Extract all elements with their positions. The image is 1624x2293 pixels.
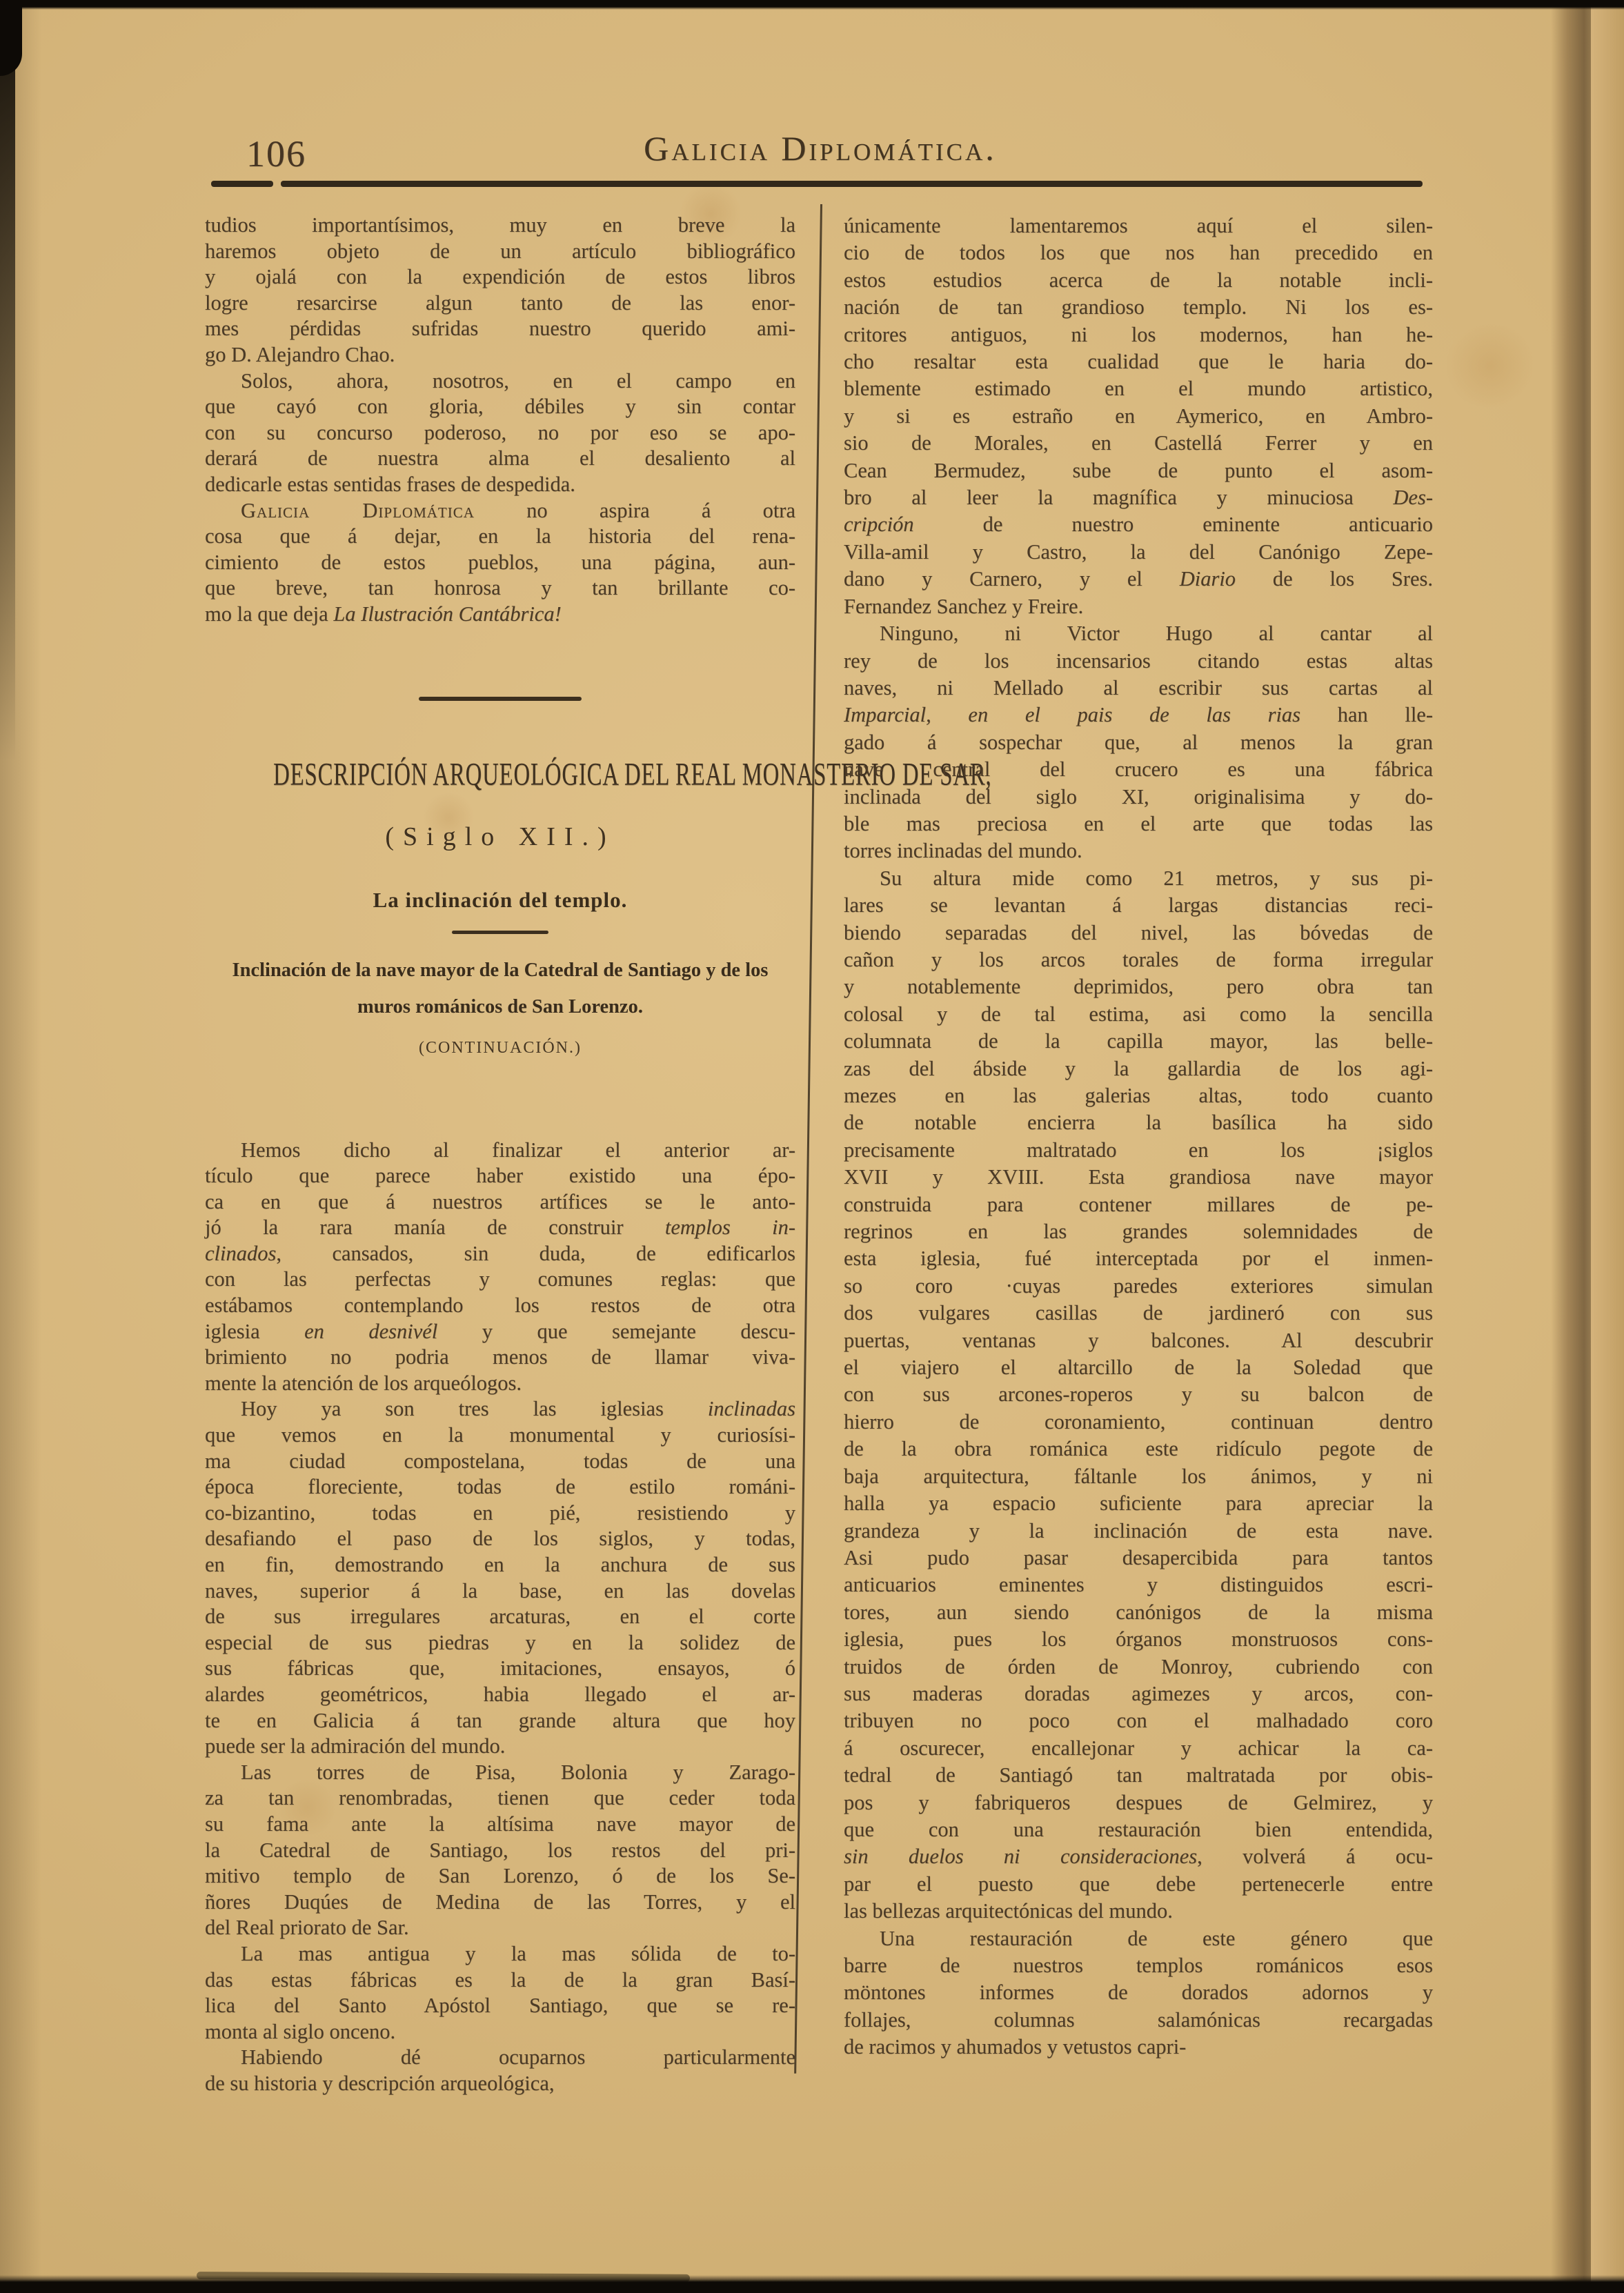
text-line: truidos de órden de Monroy, cubriendo co…	[844, 1654, 1433, 1680]
text-line: especial de sus piedras y en la solidez …	[205, 1630, 795, 1656]
scan-edge-top	[0, 0, 1624, 10]
column-left-bottom-paragraphs: Hemos dicho al finalizar el anterior ar-…	[205, 1138, 795, 2097]
text-line: naves, ni Mellado al escribir sus cartas…	[844, 675, 1433, 702]
text-line: que cayó con gloria, débiles y sin conta…	[205, 394, 795, 420]
text-line: mezes en las galerias altas, todo cuanto	[844, 1082, 1433, 1109]
text-line: follajes, columnas salamónicas recargada…	[844, 2007, 1433, 2034]
paragraph: Ninguno, ni Victor Hugo al cantar alrey …	[844, 620, 1433, 865]
paragraph: Hemos dicho al finalizar el anterior ar-…	[205, 1138, 795, 1397]
text-line: las bellezas arquitectónicas del mundo.	[844, 1898, 1433, 1925]
paragraph: Su altura mide como 21 metros, y sus pi-…	[844, 865, 1433, 1925]
text-line: pos y fabriqueros despues de Gelmirez, y	[844, 1789, 1433, 1816]
text-line: sus fábricas que, imitaciones, ensayos, …	[205, 1656, 795, 1682]
text-line: Hoy ya son tres las iglesias inclinadas	[205, 1396, 795, 1422]
book-gutter-shadow	[1551, 0, 1592, 2293]
text-line: Asi pudo pasar desapercibida para tantos	[844, 1545, 1433, 1571]
text-line: jó la rara manía de construir templos in…	[205, 1215, 795, 1241]
text-line: iglesia en desnivél y que semejante desc…	[205, 1319, 795, 1345]
text-line: critores antiguos, ni los modernos, han …	[844, 321, 1433, 348]
text-line: sio de Morales, en Castellá Ferrer y en	[844, 430, 1433, 457]
text-line: go D. Alejandro Chao.	[205, 342, 795, 368]
text-line: de la obra románica este ridículo pegote…	[844, 1436, 1433, 1462]
text-line: Villa-amil y Castro, la del Canónigo Zep…	[844, 539, 1433, 566]
text-line: que con una restauración bien entendida,	[844, 1816, 1433, 1843]
text-line: grandeza y la inclinación de esta nave.	[844, 1518, 1433, 1545]
text-line: precisamente maltratado en los ¡siglos	[844, 1137, 1433, 1164]
text-line: esta iglesia, fué interceptada por el in…	[844, 1245, 1433, 1272]
lead-line: muros románicos de San Lorenzo.	[205, 989, 795, 1025]
column-left: tudios importantísimos, muy en breve lah…	[205, 212, 795, 2096]
text-line: columnata de la capilla mayor, las belle…	[844, 1028, 1433, 1055]
paragraph: Habiendo dé ocuparnos particularmentede …	[205, 2045, 795, 2096]
text-line: Fernandez Sanchez y Freire.	[844, 593, 1433, 620]
text-line: ma ciudad compostelana, todas de una	[205, 1449, 795, 1475]
text-line: haremos objeto de un artículo bibliográf…	[205, 239, 795, 265]
text-line: lica del Santo Apóstol Santiago, que se …	[205, 1993, 795, 2019]
text-line: época floreciente, todas de estilo román…	[205, 1474, 795, 1500]
paragraph: únicamente lamentaremos aquí el silen-ci…	[844, 212, 1433, 620]
text-line: La mas antigua y la mas sólida de to-	[205, 1941, 795, 1967]
paragraph: Galicia Diplomática no aspira á otracosa…	[205, 498, 795, 628]
text-line: te en Galicia á tan grande altura que ho…	[205, 1708, 795, 1734]
text-line: tribuyen no poco con el malhadado coro	[844, 1707, 1433, 1734]
header-rule-left-segment	[211, 181, 273, 187]
text-line: de su historia y descripción arqueológic…	[205, 2071, 795, 2097]
text-line: de notable encierra la basílica ha sido	[844, 1109, 1433, 1136]
text-line: Una restauración de este género que	[844, 1925, 1433, 1952]
text-line: y si es estraño en Aymerico, en Ambro-	[844, 403, 1433, 430]
text-line: za tan renombradas, tienen que ceder tod…	[205, 1785, 795, 1811]
text-line: con su concurso poderoso, no por eso se …	[205, 420, 795, 446]
paper-stain	[1442, 324, 1538, 407]
text-line: puede ser la admiración del mundo.	[205, 1734, 795, 1760]
text-line: cho resaltar esta cualidad que le haria …	[844, 348, 1433, 375]
article-lead: Inclinación de la nave mayor de la Cated…	[205, 952, 795, 1025]
lead-line: Inclinación de la nave mayor de la Cated…	[205, 952, 795, 989]
article-subtitle: La inclinación del templo.	[205, 888, 795, 913]
text-line: cañon y los arcos torales de forma irreg…	[844, 946, 1433, 973]
text-line: co-bizantino, todas en pié, resistiendo …	[205, 1500, 795, 1527]
text-line: derará de nuestra alma el desaliento al	[205, 446, 795, 472]
text-line: mitivo templo de San Lorenzo, ó de los S…	[205, 1863, 795, 1889]
text-line: barre de nuestros templos románicos esos	[844, 1952, 1433, 1979]
page-edge-strip	[1591, 0, 1624, 2293]
text-line: XVII y XVIII. Esta grandiosa nave mayor	[844, 1164, 1433, 1191]
text-line: baja arquitectura, fáltanle los ánimos, …	[844, 1463, 1433, 1490]
text-line: cio de todos los que nos han precedido e…	[844, 239, 1433, 266]
paragraph: tudios importantísimos, muy en breve lah…	[205, 212, 795, 368]
text-line: del Real priorato de Sar.	[205, 1915, 795, 1941]
text-line: anticuarios eminentes y distinguidos esc…	[844, 1571, 1433, 1598]
text-line: Galicia Diplomática no aspira á otra	[205, 498, 795, 524]
text-line: ñores Duqúes de Medina de las Torres, y …	[205, 1889, 795, 1916]
text-line: das estas fábricas es la de la gran Basí…	[205, 1967, 795, 1994]
text-line: dano y Carnero, y el Diario de los Sres.	[844, 566, 1433, 593]
text-line: mente la atención de los arqueólogos.	[205, 1371, 795, 1397]
text-line: su fama ante la altísima nave mayor de	[205, 1811, 795, 1838]
text-line: tedral de Santiagó tan maltratada por ob…	[844, 1762, 1433, 1789]
text-line: mo la que deja La Ilustración Cantábrica…	[205, 602, 795, 628]
text-line: bro al leer la magnífica y minuciosa Des…	[844, 484, 1433, 511]
text-line: sin duelos ni consideraciones, volverá á…	[844, 1843, 1433, 1870]
text-line: Cean Bermudez, sube de punto el asom-	[844, 457, 1433, 484]
continuation-note: (CONTINUACIÓN.)	[205, 1039, 795, 1058]
header-rule-right-segment	[281, 181, 1423, 187]
text-line: Las torres de Pisa, Bolonia y Zarago-	[205, 1760, 795, 1786]
text-line: dos vulgares casillas de jardineró con s…	[844, 1300, 1433, 1327]
text-line: únicamente lamentaremos aquí el silen-	[844, 212, 1433, 239]
text-line: á oscurecer, encallejonar y achicar la c…	[844, 1735, 1433, 1762]
text-line: la Catedral de Santiago, los restos del …	[205, 1838, 795, 1864]
text-line: halla ya espacio suficiente para aprecia…	[844, 1490, 1433, 1517]
text-line: lares se levantan á largas distancias re…	[844, 892, 1433, 919]
text-line: rey de los incensarios citando estas alt…	[844, 648, 1433, 675]
text-line: construida para contener millares de pe-	[844, 1191, 1433, 1218]
text-line: tores, aun siendo canónigos de la misma	[844, 1599, 1433, 1626]
text-line: Habiendo dé ocuparnos particularmente	[205, 2045, 795, 2071]
text-line: par el puesto que debe pertenecerle entr…	[844, 1871, 1433, 1898]
text-line: tudios importantísimos, muy en breve la	[205, 212, 795, 239]
scan-corner-top-left	[0, 0, 22, 76]
text-line: Su altura mide como 21 metros, y sus pi-	[844, 865, 1433, 892]
text-line: puertas, ventanas y balcones. Al descubr…	[844, 1327, 1433, 1354]
text-line: el viajero el altarcillo de la Soledad q…	[844, 1354, 1433, 1381]
paragraph: Hoy ya son tres las iglesias inclinadasq…	[205, 1396, 795, 1759]
text-line: brimiento no podria menos de llamar viva…	[205, 1344, 795, 1371]
text-line: con sus arcones-roperos y su balcon de	[844, 1381, 1433, 1408]
text-line: con las perfectas y comunes reglas: que	[205, 1267, 795, 1293]
text-line: regrinos en las grandes solemnidades de	[844, 1218, 1433, 1245]
paragraph: La mas antigua y la mas sólida de to-das…	[205, 1941, 795, 2045]
text-line: hierro de coronamiento, continuan dentro	[844, 1409, 1433, 1436]
paragraph: Las torres de Pisa, Bolonia y Zarago-za …	[205, 1760, 795, 1941]
text-line: tículo que parece haber existido una épo…	[205, 1163, 795, 1189]
text-line: inclinada del siglo XI, originalisima y …	[844, 784, 1433, 811]
text-line: que vemos en la monumental y curiosísi-	[205, 1422, 795, 1449]
paragraph: Una restauración de este género quebarre…	[844, 1925, 1433, 2061]
text-line: cosa que á dejar, en la historia del ren…	[205, 524, 795, 550]
text-line: monta al siglo onceno.	[205, 2019, 795, 2045]
text-line: zas del ábside y la gallardia de los agi…	[844, 1055, 1433, 1082]
subtitle-separator-rule	[452, 931, 548, 934]
text-line: ble mas preciosa en el arte que todas la…	[844, 811, 1433, 837]
scan-edge-bottom	[0, 2275, 1624, 2293]
text-line: clinados, cansados, sin duda, de edifica…	[205, 1241, 795, 1267]
masthead-title: Galicia Diplomática.	[8, 128, 1624, 168]
text-line: cripción de nuestro eminente anticuario	[844, 511, 1433, 538]
text-line: en fin, demostrando en la anchura de sus	[205, 1552, 795, 1578]
text-line: y ojalá con la expendición de estos libr…	[205, 264, 795, 290]
column-left-top-paragraphs: tudios importantísimos, muy en breve lah…	[205, 212, 795, 628]
text-line: de racimos y ahumados y vetustos capri-	[844, 2034, 1433, 2061]
text-line: nación de tan grandioso templo. Ni los e…	[844, 294, 1433, 321]
column-divider-rule	[794, 204, 822, 2074]
text-line: ca en que á nuestros artífices se le ant…	[205, 1189, 795, 1215]
text-line: de sus irregulares arcaturas, en el cort…	[205, 1604, 795, 1630]
text-line: Solos, ahora, nosotros, en el campo en	[205, 368, 795, 395]
text-line: gado á sospechar que, al menos la gran	[844, 729, 1433, 756]
text-line: Ninguno, ni Victor Hugo al cantar al	[844, 620, 1433, 647]
column-right: únicamente lamentaremos aquí el silen-ci…	[844, 212, 1433, 2061]
text-line: naves, superior á la base, en las dovela…	[205, 1578, 795, 1605]
text-line: möntones informes de dorados adornos y	[844, 1979, 1433, 2006]
article-heading: DESCRIPCIÓN ARQUEOLÓGICA DEL REAL MONAST…	[205, 759, 795, 790]
text-line: alardes geométricos, habia llegado el ar…	[205, 1682, 795, 1708]
text-line: blemente estimado en el mundo artistico,	[844, 375, 1433, 402]
text-line: cimiento de estos pueblos, una página, a…	[205, 550, 795, 576]
text-line: so coro ·cuyas paredes exteriores simula…	[844, 1273, 1433, 1300]
text-line: desafiando el paso de los siglos, y toda…	[205, 1526, 795, 1552]
text-line: estos estudios acerca de la notable incl…	[844, 267, 1433, 294]
text-line: estábamos contemplando los restos de otr…	[205, 1293, 795, 1319]
text-line: Imparcial, en el pais de las rias han ll…	[844, 702, 1433, 728]
text-line: colosal y de tal estima, asi como la sen…	[844, 1001, 1433, 1028]
text-line: logre resarcirse algun tanto de las enor…	[205, 290, 795, 317]
scanned-page: 106 Galicia Diplomática. tudios importan…	[0, 0, 1624, 2293]
column-right-paragraphs: únicamente lamentaremos aquí el silen-ci…	[844, 212, 1433, 2061]
separator-rule	[419, 697, 582, 701]
text-line: biendo separadas del nivel, las bóvedas …	[844, 920, 1433, 946]
text-line: y notablemente deprimidos, pero obra tan	[844, 973, 1433, 1000]
text-line: sus maderas doradas agimezes y arcos, co…	[844, 1680, 1433, 1707]
text-line: mes pérdidas sufridas nuestro querido am…	[205, 316, 795, 342]
paragraph: Solos, ahora, nosotros, en el campo enqu…	[205, 368, 795, 498]
text-line: nave central del crucero es una fábrica	[844, 756, 1433, 783]
text-line: iglesia, pues los órganos monstruosos co…	[844, 1626, 1433, 1653]
article-century: (Siglo XII.)	[205, 822, 795, 852]
text-line: que breve, tan honrosa y tan brillante c…	[205, 575, 795, 602]
text-line: torres inclinadas del mundo.	[844, 837, 1433, 864]
scan-edge-left	[0, 0, 15, 793]
text-line: dedicarle estas sentidas frases de despe…	[205, 472, 795, 498]
text-line: Hemos dicho al finalizar el anterior ar-	[205, 1138, 795, 1164]
